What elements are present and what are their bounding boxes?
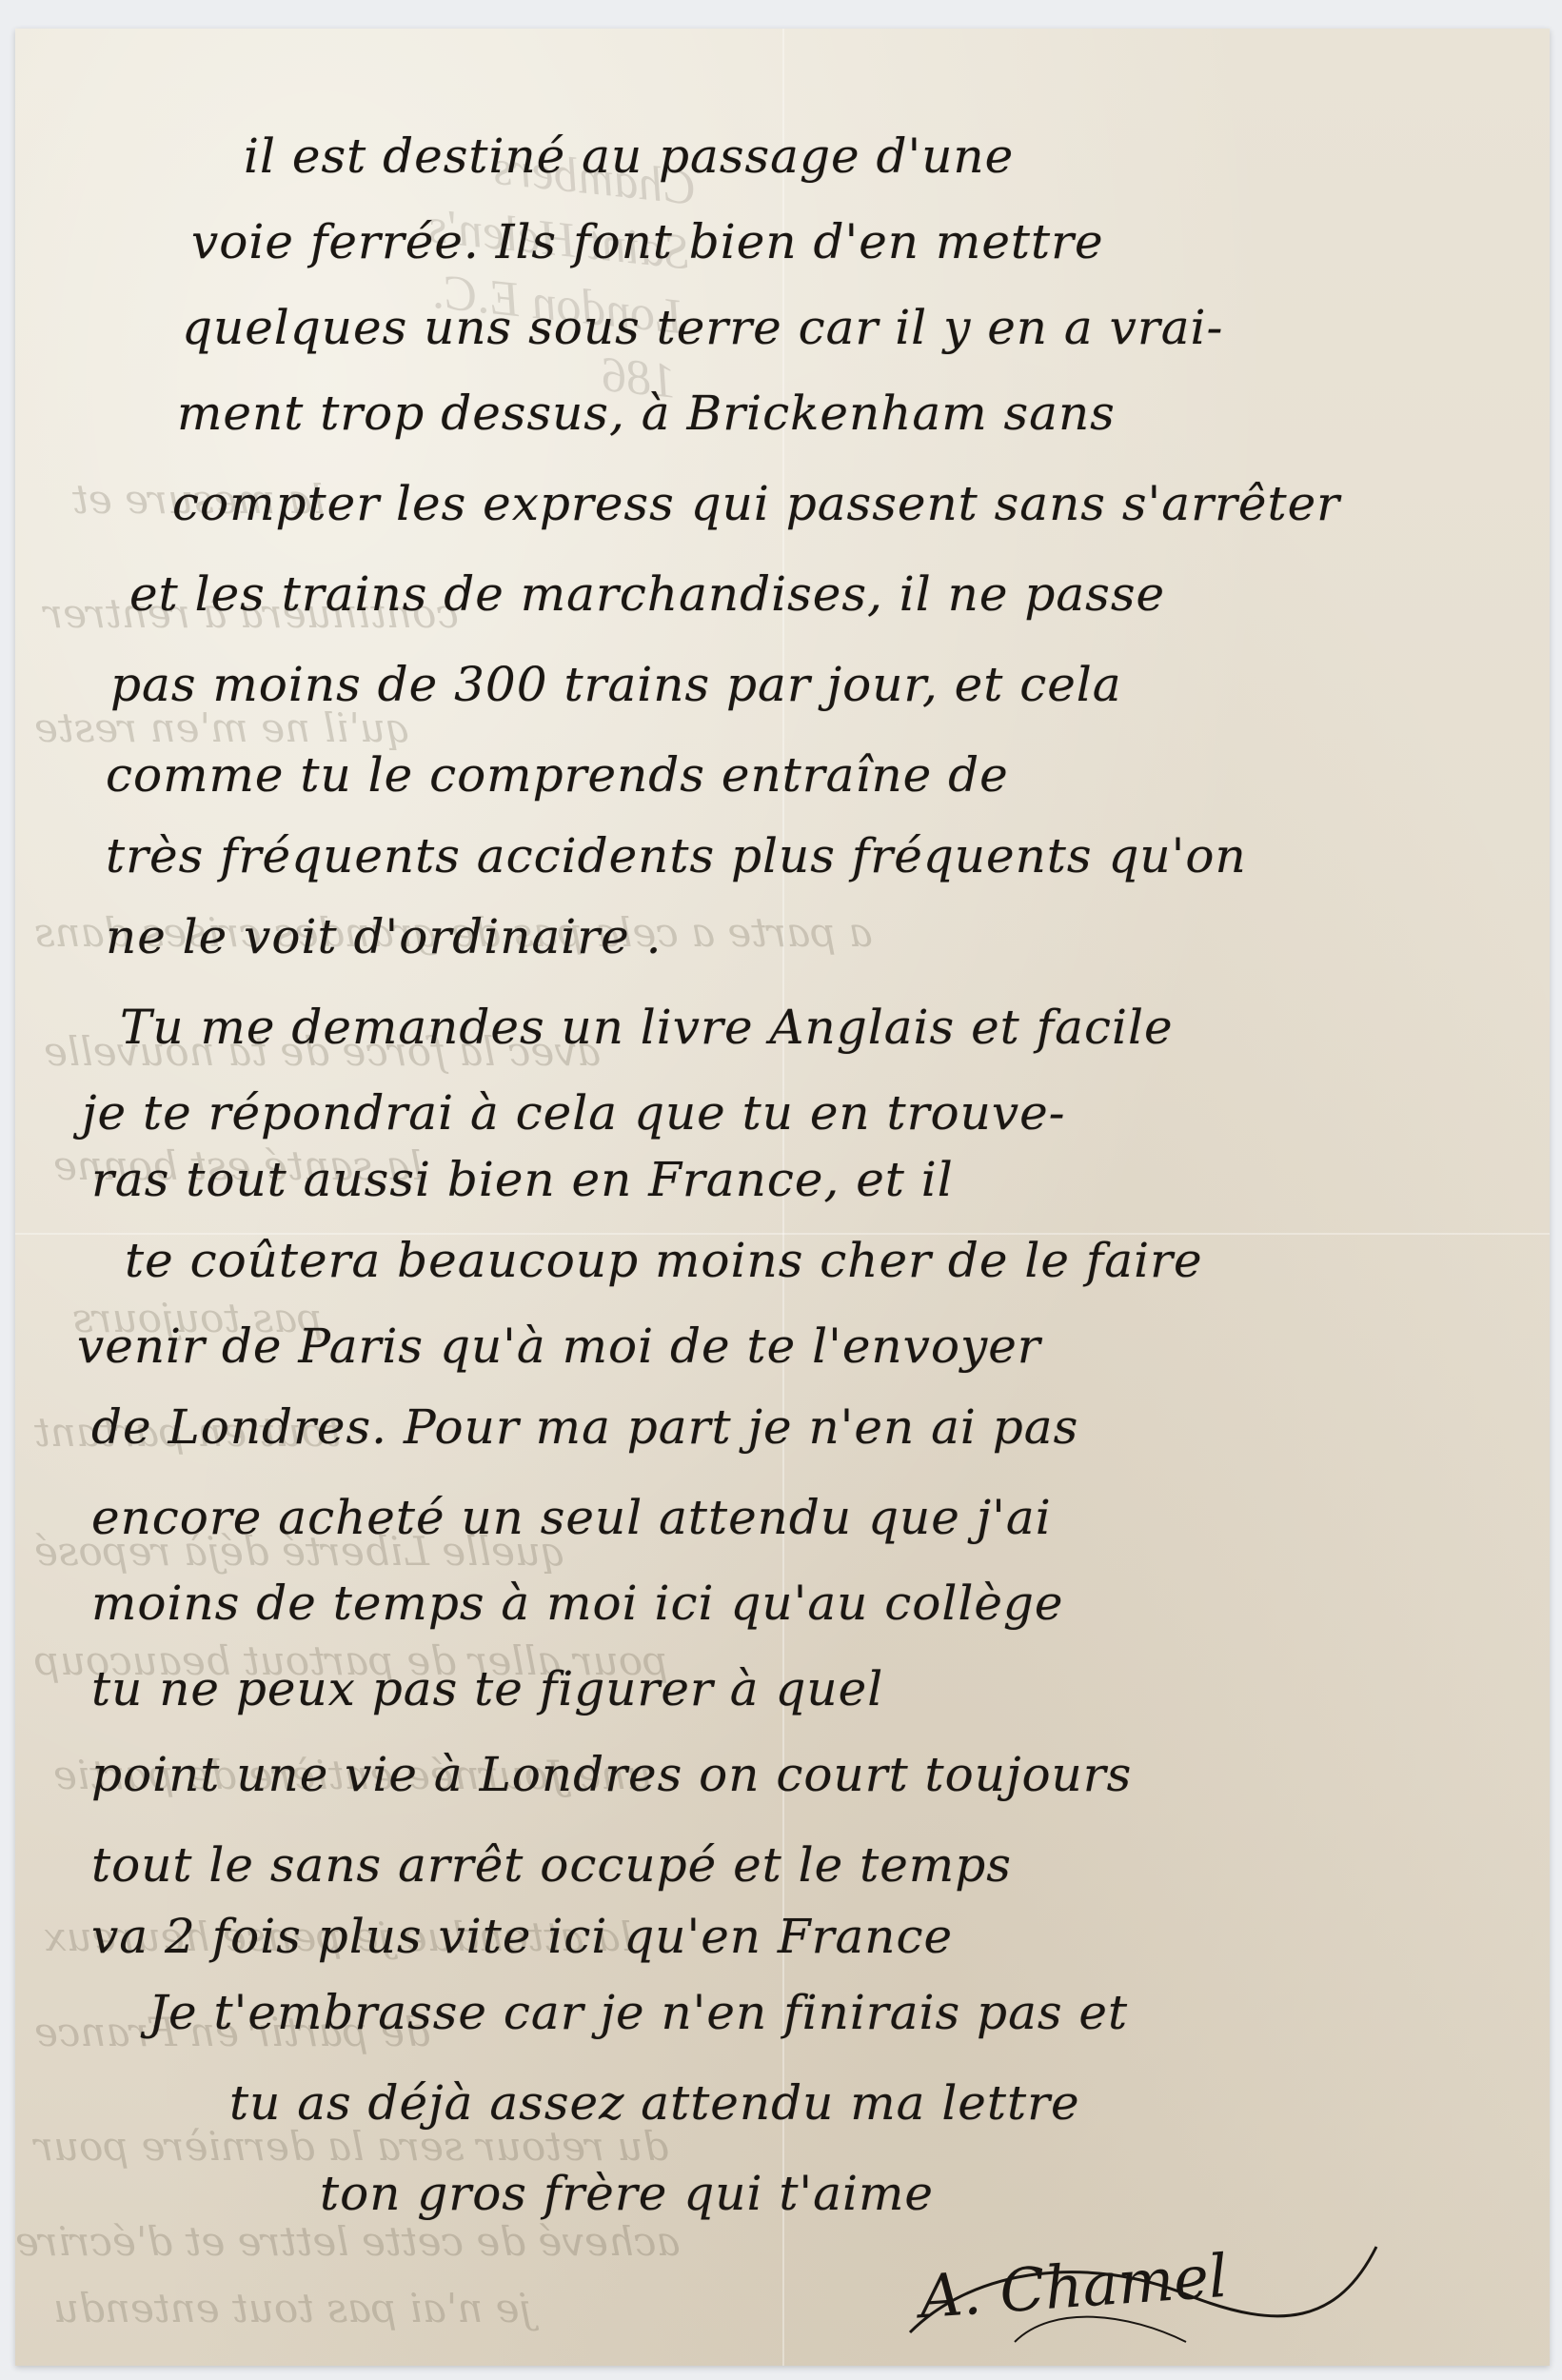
letter-line-12: je te répondrai à cela que tu en trouve- xyxy=(15,1085,1562,1140)
letter-line-25: ton gros frère qui t'aime xyxy=(15,2166,1562,2221)
letter-line-4: ment trop dessus, à Brickenham sans xyxy=(15,386,1562,441)
bleed-fragment: je n'ai pas tout entendu xyxy=(53,2285,532,2331)
letter-line-23: Je t'embrasse car je n'en finirais pas e… xyxy=(15,1985,1562,2040)
letter-line-19: tu ne peux pas te figurer à quel xyxy=(15,1661,1562,1716)
letter-line-24: tu as déjà assez attendu ma lettre xyxy=(15,2075,1562,2131)
letter-line-11: Tu me demandes un livre Anglais et facil… xyxy=(15,1000,1562,1055)
bleed-fragment: achevé de cette lettre et d'écrire xyxy=(15,2218,681,2265)
letter-line-20: point une vie à Londres on court toujour… xyxy=(15,1747,1562,1802)
letter-line-13: ras tout aussi bien en France, et il xyxy=(15,1152,1562,1207)
letter-line-3: quelques uns sous terre car il y en a vr… xyxy=(15,300,1562,355)
letter-line-16: de Londres. Pour ma part je n'en ai pas xyxy=(15,1399,1562,1455)
letter-line-21: tout le sans arrêt occupé et le temps xyxy=(15,1837,1562,1893)
letter-line-22: va 2 fois plus vite ici qu'en France xyxy=(15,1909,1562,1964)
letter-line-8: comme tu le comprends entraîne de xyxy=(15,747,1562,803)
letter-line-7: pas moins de 300 trains par jour, et cel… xyxy=(15,657,1562,712)
letter-line-15: venir de Paris qu'à moi de te l'envoyer xyxy=(15,1319,1562,1374)
letter-line-14: te coûtera beaucoup moins cher de le fai… xyxy=(15,1233,1562,1288)
letter-line-18: moins de temps à moi ici qu'au collège xyxy=(15,1576,1562,1631)
letter-line-10: ne le voit d'ordinaire . xyxy=(15,909,1562,964)
letter-line-1: il est destiné au passage d'une xyxy=(15,129,1562,184)
letter-line-5: compter les express qui passent sans s'a… xyxy=(15,476,1562,531)
letter-page: Chambers Saint Helen's London E.C. 186 l… xyxy=(15,29,1550,2366)
letter-line-2: voie ferrée. Ils font bien d'en mettre xyxy=(15,214,1562,269)
letter-line-6: et les trains de marchandises, il ne pas… xyxy=(15,566,1562,622)
letter-line-17: encore acheté un seul attendu que j'ai xyxy=(15,1490,1562,1545)
letter-line-9: très fréquents accidents plus fréquents … xyxy=(15,828,1562,883)
